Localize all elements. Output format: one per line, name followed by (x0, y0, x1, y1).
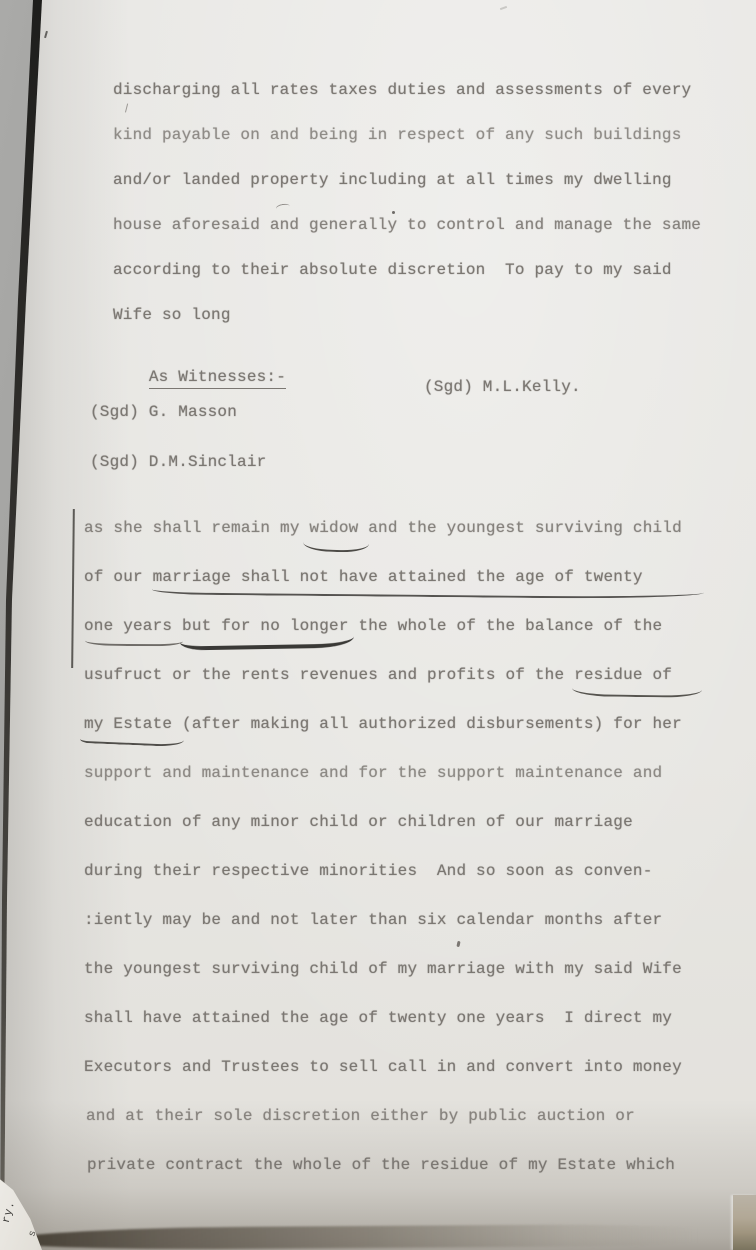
witness-heading: As Witnesses:- (90, 353, 286, 401)
document-line: private contract the whole of the residu… (87, 1141, 685, 1190)
signature-witness-1: (Sgd) G. Masson (90, 404, 237, 420)
document-line: support and maintenance and for the supp… (84, 749, 682, 798)
underlying-cover-edge (733, 1195, 756, 1250)
witness-heading-text: As Witnesses:- (149, 368, 286, 389)
document-line: during their respective minorities And s… (84, 847, 682, 896)
signature-witness-2: (Sgd) D.M.Sinclair (90, 454, 266, 470)
document-line: according to their absolute discretion T… (113, 248, 701, 293)
pencil-margin-line (71, 509, 75, 668)
scanned-document-page: discharging all rates taxes duties and a… (0, 0, 756, 1250)
document-line: the youngest surviving child of my marri… (84, 945, 682, 994)
stray-ink-dot (392, 211, 395, 214)
document-line: kind payable on and being in respect of … (113, 113, 701, 158)
document-line: Wife so long (113, 293, 701, 338)
pencil-underline-one-years (85, 636, 183, 647)
document-line: education of any minor child or children… (84, 798, 682, 847)
document-line: and at their sole discretion either by p… (86, 1092, 684, 1141)
document-line: as she shall remain my widow and the you… (84, 504, 682, 553)
paper-sheet: discharging all rates taxes duties and a… (0, 0, 756, 1250)
signature-testator: (Sgd) M.L.Kelly. (424, 379, 581, 395)
document-line: discharging all rates taxes duties and a… (113, 68, 701, 113)
document-line: :iently may be and not later than six ca… (84, 896, 682, 945)
paragraph-block-2: as she shall remain my widow and the you… (84, 504, 682, 1190)
stray-scratch-mark (500, 6, 507, 10)
document-line: and/or landed property including at all … (113, 158, 701, 203)
document-line: shall have attained the age of twenty on… (84, 994, 682, 1043)
document-line: house aforesaid and generally to control… (113, 203, 701, 248)
document-line: Executors and Trustees to sell call in a… (84, 1043, 682, 1092)
paragraph-block-1: discharging all rates taxes duties and a… (113, 68, 701, 338)
stray-edge-mark (44, 31, 48, 38)
